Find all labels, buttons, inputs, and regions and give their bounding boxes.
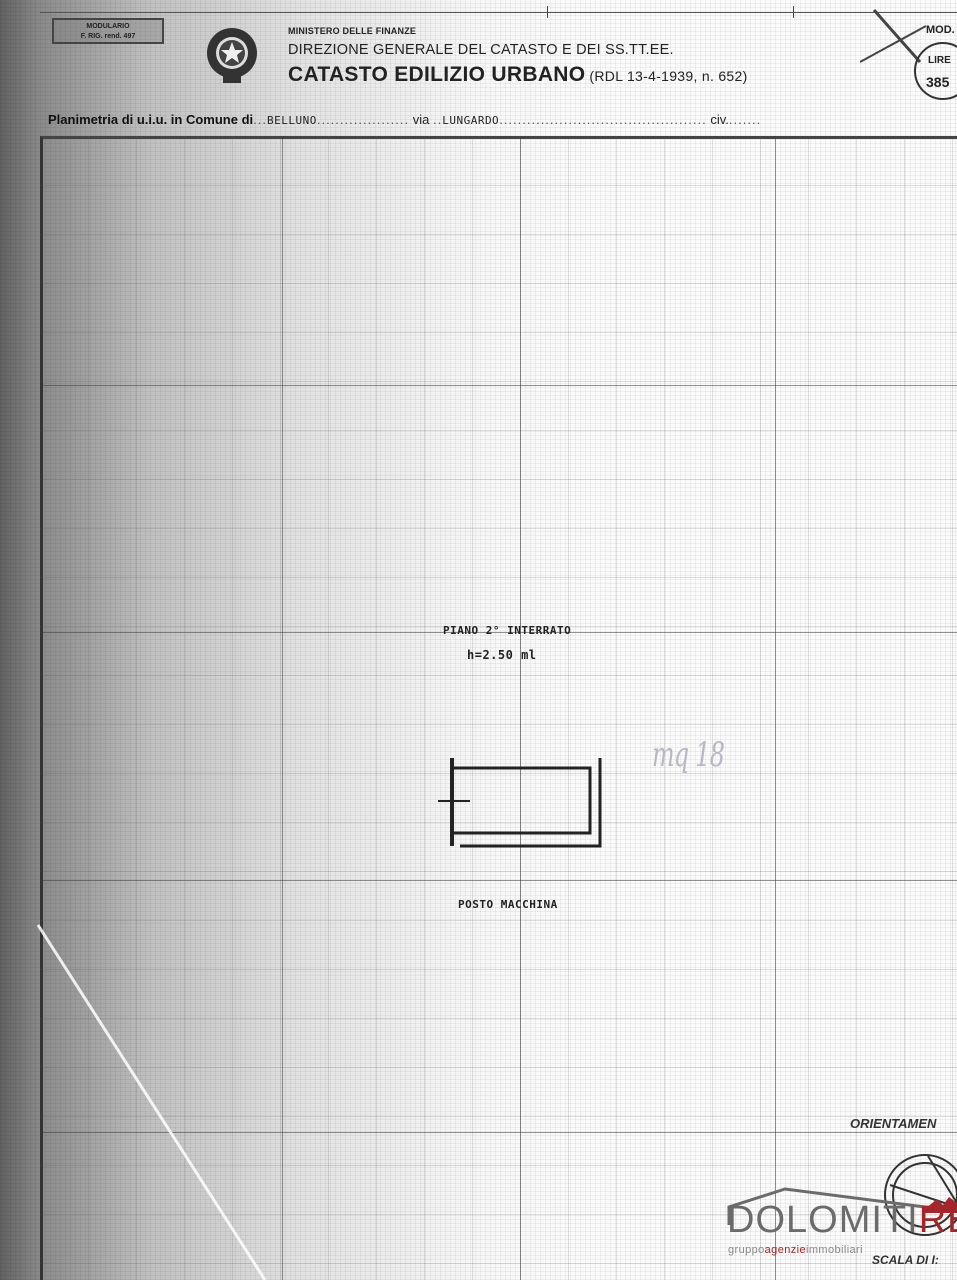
comune-value: BELLUNO — [267, 114, 317, 127]
grid-line-minor — [40, 381, 957, 382]
grid-line-minor — [40, 479, 957, 480]
grid-line-minor — [664, 136, 665, 1280]
grid-line-minor — [40, 675, 957, 676]
floor-label: PIANO 2° INTERRATO — [443, 624, 571, 637]
grid-line-major — [40, 385, 957, 386]
grid-line-major — [40, 880, 957, 881]
grid-line-minor — [424, 136, 425, 1280]
grid-line-minor — [328, 136, 329, 1280]
grid-line-minor — [904, 136, 905, 1280]
grid-line-minor — [568, 136, 569, 1280]
grid-line-minor — [184, 136, 185, 1280]
plan-prefix: Planimetria di u.i.u. in Comune di — [48, 112, 253, 127]
grid-line-minor — [40, 430, 957, 431]
grid-line-minor — [712, 136, 713, 1280]
top-tick — [547, 6, 548, 18]
brand-gray: DOLOMITI — [727, 1199, 919, 1241]
top-border-line — [40, 12, 957, 13]
grid-line-minor — [856, 136, 857, 1280]
grid-line-minor — [40, 724, 957, 725]
grid-line-major — [40, 1132, 957, 1133]
italian-republic-emblem-icon — [203, 25, 261, 85]
grid-line-minor — [40, 577, 957, 578]
top-tick — [793, 6, 794, 18]
civ-label: civ. — [710, 112, 729, 127]
grid-line-major — [775, 136, 776, 1280]
grid-line-minor — [40, 773, 957, 774]
grid-line-minor — [616, 136, 617, 1280]
grid-line-minor — [40, 920, 957, 921]
tagline-part: gruppo — [728, 1244, 765, 1256]
title-text: CATASTO EDILIZIO URBANO — [288, 63, 585, 86]
grid-line-minor — [40, 969, 957, 970]
planimetry-line: Planimetria di u.i.u. in Comune di...BEL… — [48, 112, 761, 127]
grid-line-minor — [472, 136, 473, 1280]
document-title: CATASTO EDILIZIO URBANO(RDL 13-4-1939, n… — [288, 63, 748, 87]
lire-value: 385 — [926, 74, 949, 90]
via-label: via — [413, 112, 430, 127]
grid-line-minor — [40, 234, 957, 235]
grid-line-minor — [40, 283, 957, 284]
grid-line-minor — [88, 136, 89, 1280]
grid-line-minor — [232, 136, 233, 1280]
grid-line-minor — [40, 1263, 957, 1264]
grid-line-minor — [40, 871, 957, 872]
brand-tagline: gruppoagenzieimmobiliari — [728, 1244, 863, 1256]
grid-line-minor — [40, 1165, 957, 1166]
unit-label: POSTO MACCHINA — [458, 898, 558, 911]
height-label: h=2.50 ml — [467, 648, 537, 662]
grid-line-major — [282, 136, 283, 1280]
stamp-line-2: F. RIG. rend. 497 — [54, 32, 162, 42]
lire-label: LIRE — [928, 55, 951, 66]
grid-line-major — [520, 136, 521, 1280]
stamp-line-1: MODULARIO — [54, 22, 162, 32]
brand-logo: DOLOMITIRE — [727, 1200, 957, 1240]
modulario-stamp: MODULARIO F. RIG. rend. 497 — [52, 18, 164, 44]
grid-line-minor — [40, 528, 957, 529]
grid-line-minor — [760, 136, 761, 1280]
grid-line-minor — [40, 1116, 957, 1117]
grid-line-minor — [40, 1018, 957, 1019]
brand-red: RE — [919, 1199, 957, 1241]
orientation-label: ORIENTAMEN — [850, 1116, 936, 1131]
grid-line-minor — [40, 1067, 957, 1068]
tagline-accent: agenzie — [765, 1244, 806, 1256]
grid-line-minor — [280, 136, 281, 1280]
mod-label: MOD. — [926, 24, 955, 36]
ministry-name: MINISTERO DELLE FINANZE — [288, 26, 416, 36]
scale-label: SCALA DI I: — [872, 1253, 939, 1267]
grid-line-minor — [40, 185, 957, 186]
grid-frame — [40, 136, 957, 1280]
grid-line-minor — [952, 136, 953, 1280]
area-note: mq 18 — [652, 735, 724, 775]
grid-line-minor — [136, 136, 137, 1280]
tagline-part: immobiliari — [806, 1244, 863, 1256]
legal-reference: (RDL 13-4-1939, n. 652) — [589, 68, 747, 84]
grid-line-minor — [376, 136, 377, 1280]
grid-line-minor — [40, 332, 957, 333]
grid-line-minor — [808, 136, 809, 1280]
via-value: LUNGARDO — [442, 114, 499, 127]
grid-line-minor — [40, 822, 957, 823]
directorate-name: DIREZIONE GENERALE DEL CATASTO E DEI SS.… — [288, 42, 674, 58]
